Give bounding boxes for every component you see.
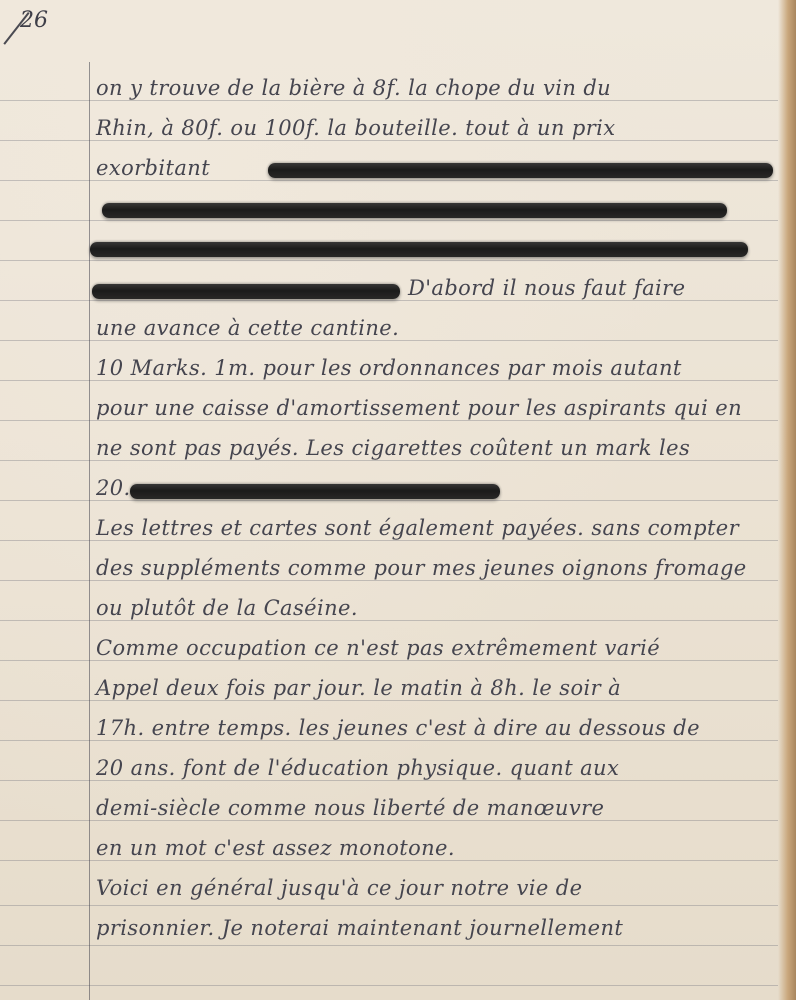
ruled-line [0, 420, 778, 421]
ruled-line [0, 100, 778, 101]
handwritten-line: Comme occupation ce n'est pas extrêmemen… [96, 636, 660, 660]
ruled-line [0, 340, 778, 341]
handwritten-line: Voici en général jusqu'à ce jour notre v… [96, 876, 582, 900]
ruled-line [0, 500, 778, 501]
handwritten-line: demi-siècle comme nous liberté de manœuv… [96, 796, 604, 820]
page-number: 26 [20, 8, 48, 33]
ruled-line [0, 620, 778, 621]
ruled-line [0, 460, 778, 461]
ruled-line [0, 380, 778, 381]
ruled-line [0, 905, 778, 906]
ruled-line [0, 540, 778, 541]
redaction-bar [102, 203, 727, 218]
handwritten-line: prisonnier. Je noterai maintenant journe… [96, 916, 623, 940]
ruled-line [0, 660, 778, 661]
redaction-bar [92, 284, 400, 299]
handwritten-line: ou plutôt de la Caséine. [96, 596, 358, 620]
handwritten-line: pour une caisse d'amortissement pour les… [96, 396, 742, 420]
handwritten-line: ne sont pas payés. Les cigarettes coûten… [96, 436, 690, 460]
ruled-line [0, 985, 778, 986]
handwritten-line: des suppléments comme pour mes jeunes oi… [96, 556, 747, 580]
margin-line [89, 62, 90, 1000]
ruled-line [0, 860, 778, 861]
handwritten-line: en un mot c'est assez monotone. [96, 836, 455, 860]
page-binding-edge [778, 0, 796, 1000]
ruled-line [0, 300, 778, 301]
handwritten-line: Appel deux fois par jour. le matin à 8h.… [96, 676, 621, 700]
ruled-line [0, 180, 778, 181]
redaction-bar [268, 163, 773, 178]
ruled-line [0, 740, 778, 741]
handwritten-line: D'abord il nous faut faire [408, 276, 685, 300]
handwritten-line: 20 ans. font de l'éducation physique. qu… [96, 756, 619, 780]
ruled-line [0, 260, 778, 261]
ruled-line [0, 580, 778, 581]
ruled-line [0, 700, 778, 701]
ruled-line [0, 820, 778, 821]
ruled-line [0, 220, 778, 221]
handwritten-line: on y trouve de la bière à 8f. la chope d… [96, 76, 611, 100]
ruled-line [0, 945, 778, 946]
handwritten-line: 20. [96, 476, 131, 500]
redaction-bar [130, 484, 500, 499]
ruled-line [0, 140, 778, 141]
notebook-page: 26 on y trouve de la bière à 8f. la chop… [0, 0, 796, 1000]
handwritten-line: exorbitant [96, 156, 210, 180]
handwritten-line: 17h. entre temps. les jeunes c'est à dir… [96, 716, 700, 740]
handwritten-line: 10 Marks. 1m. pour les ordonnances par m… [96, 356, 682, 380]
handwritten-line: une avance à cette cantine. [96, 316, 399, 340]
redaction-bar [90, 242, 748, 257]
ruled-line [0, 780, 778, 781]
handwritten-line: Rhin, à 80f. ou 100f. la bouteille. tout… [96, 116, 616, 140]
handwritten-line: Les lettres et cartes sont également pay… [96, 516, 739, 540]
